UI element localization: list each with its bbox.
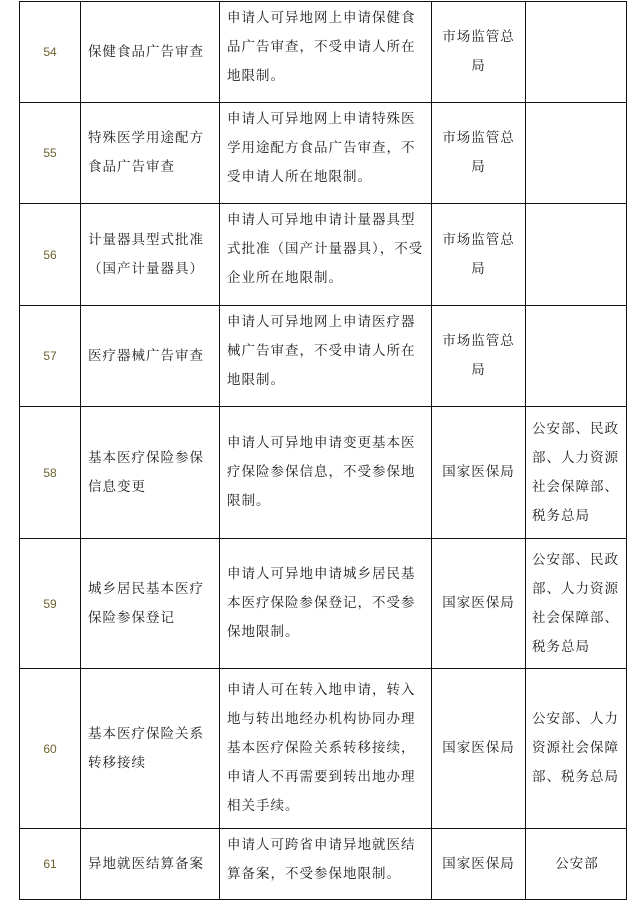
table-row: 54 保健食品广告审查 申请人可异地网上申请保健食品广告审查，不受申请人所在地限… <box>20 2 627 103</box>
lead-department: 市场监管总局 <box>432 2 526 103</box>
description-text: 申请人可跨省申请异地就医结算备案，不受参保地限制。 <box>227 829 427 889</box>
cooperating-departments <box>526 204 627 306</box>
lead-department: 国家医保局 <box>432 407 526 539</box>
services-table: 54 保健食品广告审查 申请人可异地网上申请保健食品广告审查，不受申请人所在地限… <box>19 1 627 900</box>
cooperating-departments: 公安部、人力资源社会保障部、税务总局 <box>526 669 627 829</box>
service-description: 申请人可跨省申请异地就医结算备案，不受参保地限制。 <box>220 829 432 900</box>
service-name: 计量器具型式批准（国产计量器具） <box>81 204 220 306</box>
lead-department: 市场监管总局 <box>432 204 526 306</box>
row-number: 56 <box>20 204 81 306</box>
service-description: 申请人可异地申请变更基本医疗保险参保信息，不受参保地限制。 <box>220 407 432 539</box>
row-number: 61 <box>20 829 81 900</box>
row-number: 55 <box>20 103 81 204</box>
row-number: 58 <box>20 407 81 539</box>
cooperating-departments <box>526 306 627 407</box>
service-description: 申请人可异地申请城乡居民基本医疗保险参保登记，不受参保地限制。 <box>220 539 432 669</box>
table-row: 61 异地就医结算备案 申请人可跨省申请异地就医结算备案，不受参保地限制。 国家… <box>20 829 627 900</box>
service-description: 申请人可异地网上申请特殊医学用途配方食品广告审查，不受申请人所在地限制。 <box>220 103 432 204</box>
lead-department: 国家医保局 <box>432 829 526 900</box>
cooperating-departments: 公安部 <box>526 829 627 900</box>
description-text: 申请人可异地申请计量器具型式批准（国产计量器具），不受企业所在地限制。 <box>227 204 427 293</box>
service-name: 异地就医结算备案 <box>81 829 220 900</box>
description-text: 申请人可异地网上申请医疗器械广告审查，不受申请人所在地限制。 <box>227 306 427 395</box>
service-name: 保健食品广告审查 <box>81 2 220 103</box>
cooperating-departments <box>526 103 627 204</box>
service-description: 申请人可异地申请计量器具型式批准（国产计量器具），不受企业所在地限制。 <box>220 204 432 306</box>
table-row: 55 特殊医学用途配方食品广告审查 申请人可异地网上申请特殊医学用途配方食品广告… <box>20 103 627 204</box>
lead-department: 国家医保局 <box>432 669 526 829</box>
lead-department: 国家医保局 <box>432 539 526 669</box>
table-row: 60 基本医疗保险关系转移接续 申请人可在转入地申请，转入地与转出地经办机构协同… <box>20 669 627 829</box>
service-description: 申请人可异地网上申请医疗器械广告审查，不受申请人所在地限制。 <box>220 306 432 407</box>
service-name: 基本医疗保险参保信息变更 <box>81 407 220 539</box>
service-description: 申请人可异地网上申请保健食品广告审查，不受申请人所在地限制。 <box>220 2 432 103</box>
lead-department: 市场监管总局 <box>432 103 526 204</box>
cooperating-departments: 公安部、民政部、人力资源社会保障部、税务总局 <box>526 539 627 669</box>
service-name: 基本医疗保险关系转移接续 <box>81 669 220 829</box>
service-name: 医疗器械广告审查 <box>81 306 220 407</box>
row-number: 57 <box>20 306 81 407</box>
cooperating-departments <box>526 2 627 103</box>
lead-department: 市场监管总局 <box>432 306 526 407</box>
table-row: 56 计量器具型式批准（国产计量器具） 申请人可异地申请计量器具型式批准（国产计… <box>20 204 627 306</box>
row-number: 54 <box>20 2 81 103</box>
service-name: 特殊医学用途配方食品广告审查 <box>81 103 220 204</box>
table-row: 57 医疗器械广告审查 申请人可异地网上申请医疗器械广告审查，不受申请人所在地限… <box>20 306 627 407</box>
description-text: 申请人可异地网上申请保健食品广告审查，不受申请人所在地限制。 <box>227 2 427 91</box>
description-text: 申请人可异地网上申请特殊医学用途配方食品广告审查，不受申请人所在地限制。 <box>227 103 427 192</box>
row-number: 59 <box>20 539 81 669</box>
row-number: 60 <box>20 669 81 829</box>
service-description: 申请人可在转入地申请，转入地与转出地经办机构协同办理基本医疗保险关系转移接续，申… <box>220 669 432 829</box>
cooperating-departments: 公安部、民政部、人力资源社会保障部、税务总局 <box>526 407 627 539</box>
table-row: 59 城乡居民基本医疗保险参保登记 申请人可异地申请城乡居民基本医疗保险参保登记… <box>20 539 627 669</box>
service-name: 城乡居民基本医疗保险参保登记 <box>81 539 220 669</box>
table-row: 58 基本医疗保险参保信息变更 申请人可异地申请变更基本医疗保险参保信息，不受参… <box>20 407 627 539</box>
